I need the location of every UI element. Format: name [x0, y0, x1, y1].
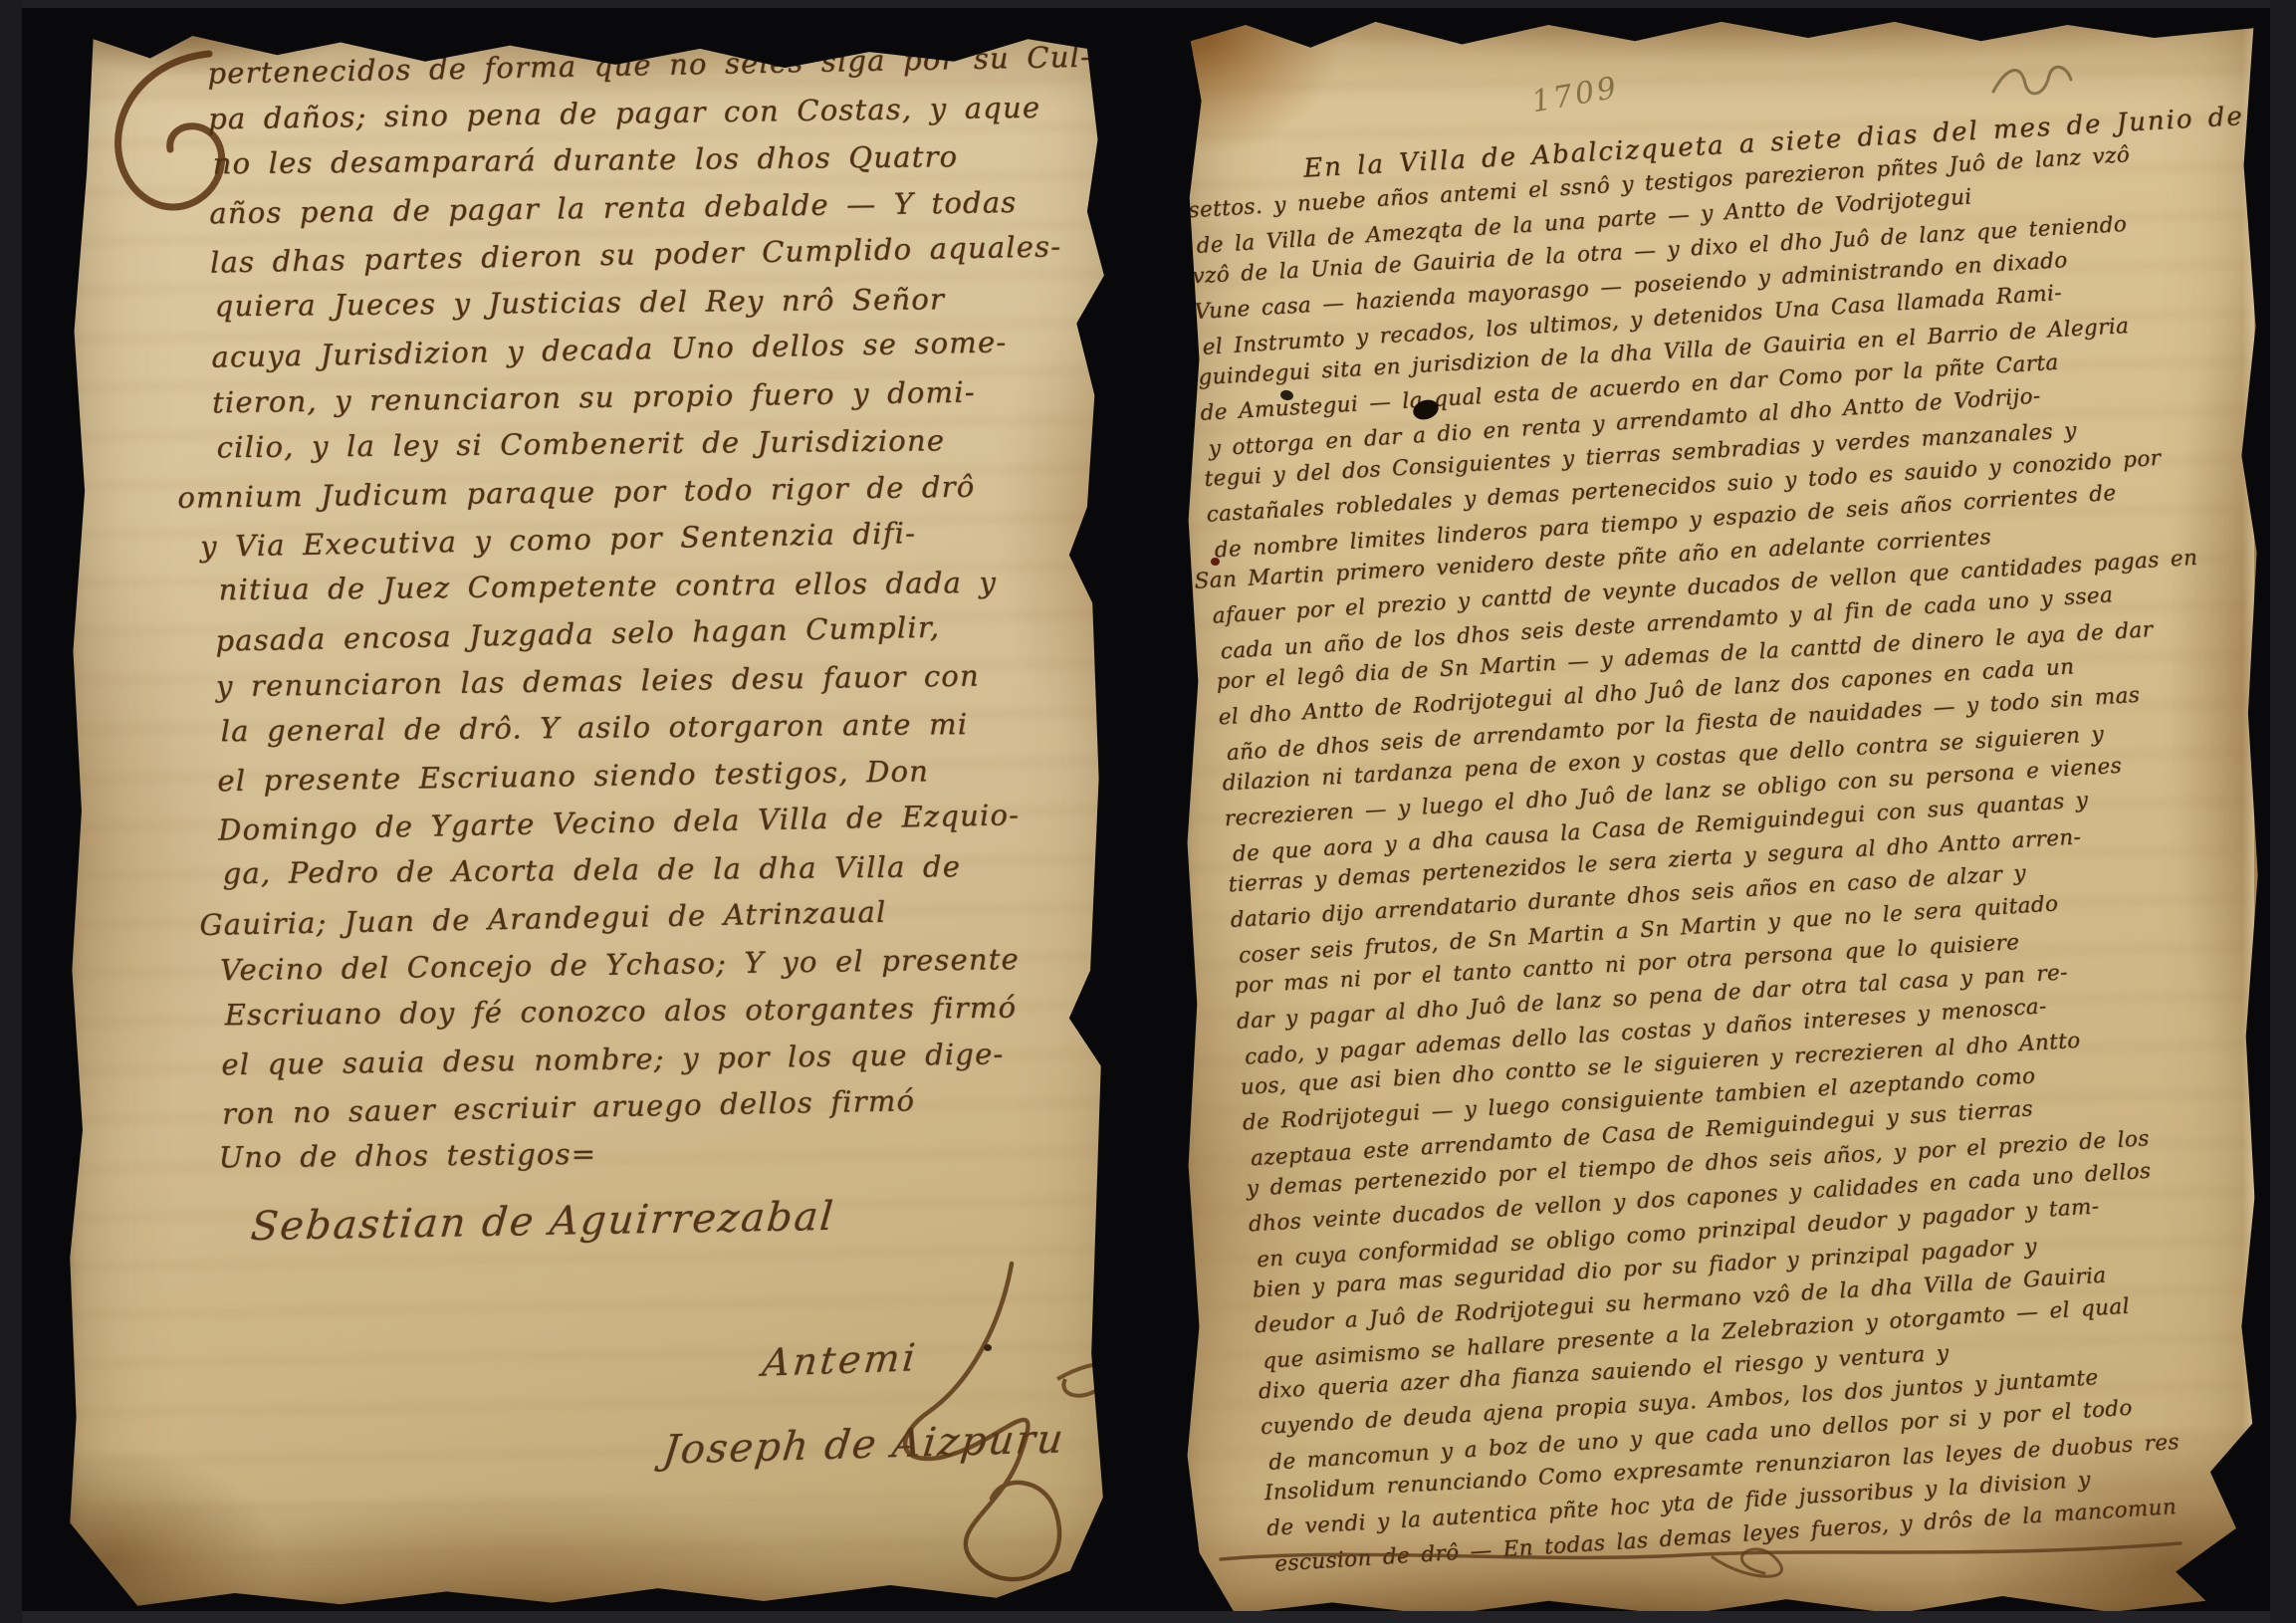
scan-viewer-backdrop: pertenecidos de forma que no seles siga … [0, 0, 2296, 1623]
manuscript-page-right: 1709 En la Villa de Abalcizqueta a siete… [1181, 4, 2262, 1617]
rolled-edge-highlight [2242, 16, 2254, 1577]
viewer-frame-top [0, 0, 2296, 8]
rust-spot [1211, 558, 1220, 566]
ink-speck [984, 1344, 992, 1351]
viewer-frame-right [2270, 0, 2296, 1623]
closing-rule-flourish [1215, 1525, 2210, 1595]
manuscript-line: Escriuano doy fé conozco alos otorgantes… [224, 984, 1123, 1040]
manuscript-line: cilio, y la ley si Combenerit de Jurisdi… [216, 416, 1117, 472]
notary-rubric-flourish [852, 1262, 1123, 1600]
manuscript-text-left: pertenecidos de forma que no seles siga … [207, 36, 1123, 1184]
manuscript-page-left: pertenecidos de forma que no seles siga … [66, 12, 1123, 1609]
manuscript-text-right: En la Villa de Abalcizqueta a siete dias… [1186, 101, 2262, 1580]
top-margin-squiggle [1987, 56, 2077, 106]
manuscript-line: Uno de dhos testigos= [218, 1125, 1123, 1181]
viewer-frame-bottom [0, 1611, 2296, 1623]
manuscript-line: no les desamparará durante los dhos Quat… [212, 132, 1113, 188]
manuscript-line: la general de drô. Y asilo otorgaron ant… [220, 700, 1121, 756]
viewer-frame-left [0, 0, 22, 1623]
